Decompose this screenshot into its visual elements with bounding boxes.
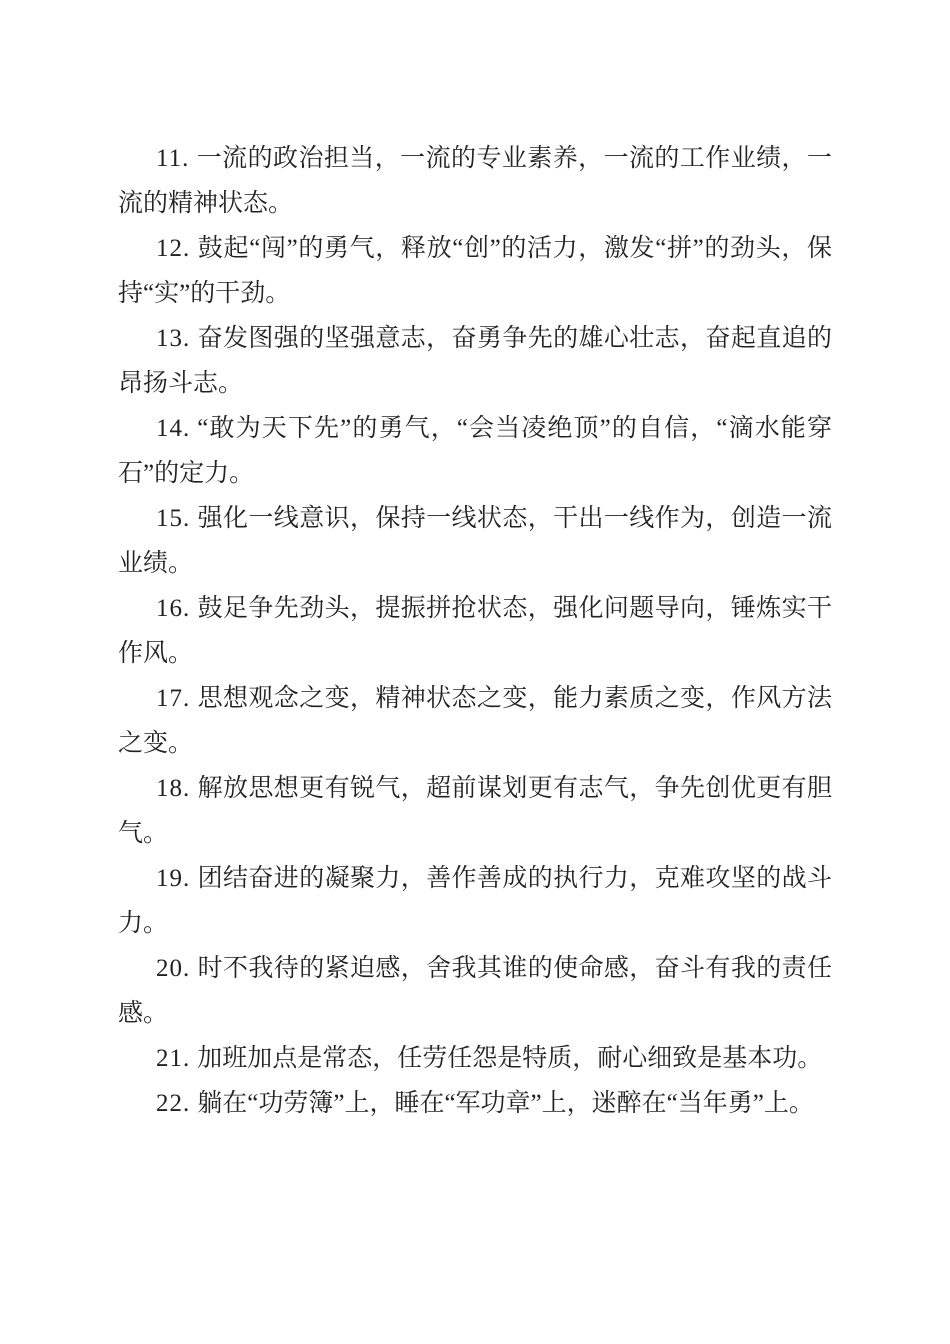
item-text: 解放思想更有锐气，超前谋划更有志气，争先创优更有胆气。: [118, 775, 832, 847]
item-number: 18.: [156, 775, 190, 802]
list-item: 17.思想观念之变，精神状态之变，能力素质之变，作风方法之变。: [118, 676, 832, 766]
item-number: 14.: [156, 415, 190, 442]
list-item: 20.时不我待的紧迫感，舍我其谁的使命感，奋斗有我的责任感。: [118, 946, 832, 1036]
item-text: 时不我待的紧迫感，舍我其谁的使命感，奋斗有我的责任感。: [118, 955, 832, 1027]
item-text: 鼓足争先劲头，提振拼抢状态，强化问题导向，锤炼实干作风。: [118, 595, 832, 667]
document-body: 11.一流的政治担当，一流的专业素养，一流的工作业绩，一流的精神状态。 12.鼓…: [118, 136, 832, 1126]
item-number: 11.: [156, 145, 189, 172]
item-text: 躺在“功劳簿”上，睡在“军功章”上，迷醉在“当年勇”上。: [197, 1090, 814, 1117]
item-text: 强化一线意识，保持一线状态，干出一线作为，创造一流业绩。: [118, 505, 832, 577]
list-item: 22.躺在“功劳簿”上，睡在“军功章”上，迷醉在“当年勇”上。: [118, 1081, 832, 1126]
item-text: 思想观念之变，精神状态之变，能力素质之变，作风方法之变。: [118, 685, 832, 757]
list-item: 21.加班加点是常态，任劳任怨是特质，耐心细致是基本功。: [118, 1036, 832, 1081]
list-item: 14.“敢为天下先”的勇气，“会当凌绝顶”的自信，“滴水能穿石”的定力。: [118, 406, 832, 496]
list-item: 19.团结奋进的凝聚力，善作善成的执行力，克难攻坚的战斗力。: [118, 856, 832, 946]
item-text: 团结奋进的凝聚力，善作善成的执行力，克难攻坚的战斗力。: [118, 865, 832, 937]
item-number: 21.: [156, 1045, 190, 1072]
item-number: 15.: [156, 505, 190, 532]
item-text: 鼓起“闯”的勇气，释放“创”的活力，激发“拼”的劲头，保持“实”的干劲。: [118, 235, 832, 307]
item-text: “敢为天下先”的勇气，“会当凌绝顶”的自信，“滴水能穿石”的定力。: [118, 415, 832, 487]
item-text: 一流的政治担当，一流的专业素养，一流的工作业绩，一流的精神状态。: [118, 145, 832, 217]
item-number: 19.: [156, 865, 190, 892]
item-text: 加班加点是常态，任劳任怨是特质，耐心细致是基本功。: [197, 1045, 822, 1072]
list-item: 15.强化一线意识，保持一线状态，干出一线作为，创造一流业绩。: [118, 496, 832, 586]
item-number: 22.: [156, 1090, 190, 1117]
list-item: 18.解放思想更有锐气，超前谋划更有志气，争先创优更有胆气。: [118, 766, 832, 856]
item-number: 20.: [156, 955, 190, 982]
item-number: 12.: [156, 235, 190, 262]
list-item: 16.鼓足争先劲头，提振拼抢状态，强化问题导向，锤炼实干作风。: [118, 586, 832, 676]
list-item: 11.一流的政治担当，一流的专业素养，一流的工作业绩，一流的精神状态。: [118, 136, 832, 226]
document-page: 11.一流的政治担当，一流的专业素养，一流的工作业绩，一流的精神状态。 12.鼓…: [0, 0, 950, 1344]
list-item: 13.奋发图强的坚强意志，奋勇争先的雄心壮志，奋起直追的昂扬斗志。: [118, 316, 832, 406]
item-number: 13.: [156, 325, 190, 352]
item-number: 17.: [156, 685, 190, 712]
item-number: 16.: [156, 595, 190, 622]
list-item: 12.鼓起“闯”的勇气，释放“创”的活力，激发“拼”的劲头，保持“实”的干劲。: [118, 226, 832, 316]
item-text: 奋发图强的坚强意志，奋勇争先的雄心壮志，奋起直追的昂扬斗志。: [118, 325, 832, 397]
